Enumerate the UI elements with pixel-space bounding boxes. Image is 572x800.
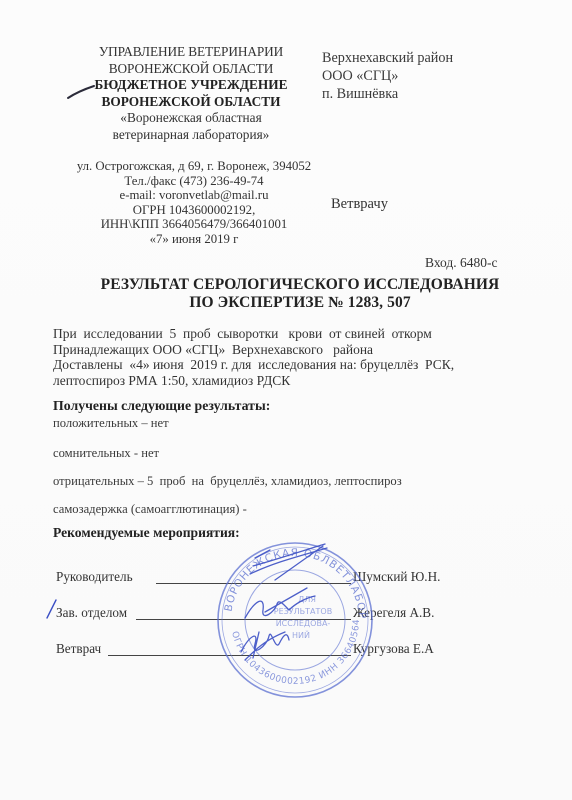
document-date: «7» июня 2019 г [60,232,328,247]
document-page: УПРАВЛЕНИЕ ВЕТЕРИНАРИИ ВОРОНЕЖСКОЙ ОБЛАС… [0,0,572,800]
intro-line-1: При исследовании 5 проб сыворотки крови … [53,326,454,342]
signature-role: Руководитель [56,569,133,585]
addressee: Ветврачу [331,196,388,213]
signature-row-head: Руководитель Шумский Ю.Н. [56,569,496,587]
sender-phone: Тел./факс (473) 236-49-74 [60,174,328,189]
result-positive: положительных – нет [53,416,169,431]
sender-address: ул. Острогожская, д 69, г. Воронеж, 3940… [60,159,328,174]
signature-row-vet: Ветврач Кургузова Е.А [56,641,496,659]
recipient-line-3: п. Вишнёвка [322,85,453,103]
document-title: РЕЗУЛЬТАТ СЕРОЛОГИЧЕСКОГО ИССЛЕДОВАНИЯ П… [55,276,545,312]
signature-line [136,619,351,620]
results-heading: Получены следующие результаты: [53,398,270,414]
title-line-1: РЕЗУЛЬТАТ СЕРОЛОГИЧЕСКОГО ИССЛЕДОВАНИЯ [55,276,545,294]
result-doubtful: сомнительных - нет [53,446,159,461]
signature-row-department: Зав. отделом Жерегеля А.В. [56,605,496,623]
authority-line-1: УПРАВЛЕНИЕ ВЕТЕРИНАРИИ [60,44,322,61]
stamp-center-line-4: НИЙ [292,629,310,640]
institution-line-2: ВОРОНЕЖСКОЙ ОБЛАСТИ [60,94,322,111]
title-line-2: ПО ЭКСПЕРТИЗЕ № 1283, 507 [55,294,545,312]
result-negative: отрицательных – 5 проб на бруцеллёз, хла… [53,474,402,489]
signature-name: Жерегеля А.В. [353,605,434,621]
intro-line-2: Принадлежащих ООО «СГЦ» Верхнехавского р… [53,342,454,358]
signature-name: Шумский Ю.Н. [353,569,440,585]
stamp-center-line-1: ДЛЯ [298,595,316,604]
intro-line-3: Доставлены «4» июня 2019 г. для исследов… [53,357,454,373]
result-self-agglutination: самозадержка (самоагглютинация) - [53,502,247,517]
institution-line-1: БЮДЖЕТНОЕ УЧРЕЖДЕНИЕ [60,77,322,94]
intro-line-4: лептоспироз РМА 1:50, хламидиоз РДСК [53,373,454,389]
recipient-block: Верхнехавский район ООО «СГЦ» п. Вишнёвк… [322,49,453,103]
pen-strike-icon [66,84,96,100]
incoming-number: Вход. 6480-с [425,255,498,271]
signature-name: Кургузова Е.А [353,641,434,657]
sender-email: e-mail: voronvetlab@mail.ru [60,188,328,203]
sender-contacts: ул. Острогожская, д 69, г. Воронеж, 3940… [60,159,328,247]
sender-inn-kpp: ИНН\КПП 3664056479/366401001 [60,217,328,232]
lab-name-line-2: ветеринарная лаборатория» [60,127,322,144]
authority-line-2: ВОРОНЕЖСКОЙ ОБЛАСТИ [60,61,322,78]
recipient-line-2: ООО «СГЦ» [322,67,453,85]
intro-paragraph: При исследовании 5 проб сыворотки крови … [53,326,454,388]
signature-role: Зав. отделом [56,605,127,621]
sender-header: УПРАВЛЕНИЕ ВЕТЕРИНАРИИ ВОРОНЕЖСКОЙ ОБЛАС… [60,44,322,143]
signature-line [156,583,351,584]
signature-role: Ветврач [56,641,101,657]
lab-name-line-1: «Воронежская областная [60,110,322,127]
pen-tick-icon [44,598,58,620]
sender-ogrn: ОГРН 1043600002192, [60,203,328,218]
recipient-line-1: Верхнехавский район [322,49,453,67]
signature-line [108,655,351,656]
measures-heading: Рекомендуемые мероприятия: [53,525,240,541]
